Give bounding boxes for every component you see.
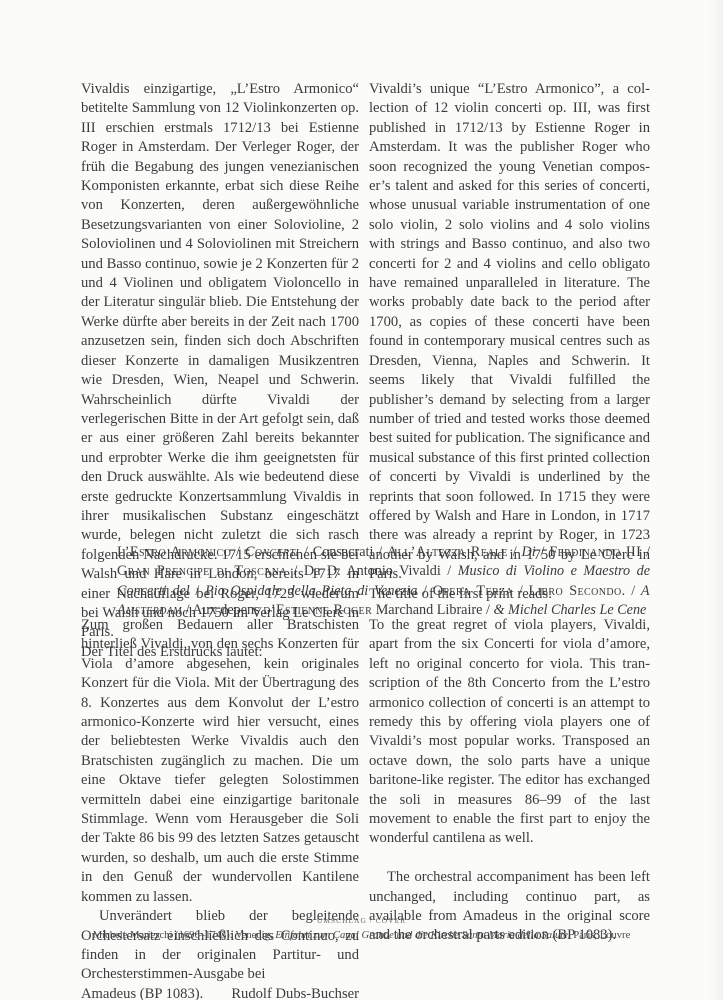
- title-segment: L’Estro Armonico: [117, 544, 231, 560]
- title-segment: /: [231, 544, 245, 560]
- cover-caption-prefix: Michele Marieschi (1696–1743): Venedig,: [93, 930, 276, 941]
- german-viola-column: Zum großen Bedauern aller Bratschisten h…: [81, 616, 359, 1000]
- german-viola-paragraph-1: Zum großen Bedauern aller Bratschisten h…: [81, 616, 359, 907]
- page-edge-shadow: [709, 0, 723, 1000]
- paragraph-gap: [369, 849, 650, 868]
- title-segment: Pio Ospidale della Pieta di Venezia: [205, 583, 417, 599]
- german-signature-line: Amadeus (BP 1083). Rudolf Dubs-Buchser: [81, 985, 359, 1000]
- cover-caption: Michele Marieschi (1696–1743): Venedig, …: [0, 930, 723, 941]
- cover-caption-label: Umschlag / Cover: [0, 916, 723, 925]
- title-segment: /: [417, 583, 432, 599]
- english-intro-column: Vivaldi’s unique “L’Estro Armonico”, a c…: [369, 80, 650, 604]
- title-segment: /: [626, 583, 641, 599]
- english-viola-column: To the great regret of viola players, Vi…: [369, 616, 650, 946]
- title-segment: Concerti: [245, 544, 299, 560]
- cover-caption-title: Einfahrt zum Canal Grande und die Kirche…: [275, 930, 570, 941]
- title-segment: /: [536, 544, 550, 560]
- english-viola-paragraph-1: To the great regret of viola players, Vi…: [369, 616, 650, 849]
- cover-caption-suffix: Paris, Louvre: [571, 930, 631, 941]
- title-segment: /: [190, 583, 205, 599]
- title-segment: Opera Terza: [433, 583, 513, 599]
- title-segment: Libro Secondo.: [529, 583, 626, 599]
- title-segment: Ferdinando III: [549, 544, 641, 560]
- title-segment: / Consacrati /: [299, 544, 387, 560]
- title-segment: /: [513, 583, 528, 599]
- title-segment: Gran Prencipe di Toscana: [117, 563, 287, 579]
- title-segment: All’Altezza Reale: [387, 544, 508, 560]
- title-segment: / Da D. Antonio Vivaldi /: [287, 563, 458, 579]
- first-print-title: L’Estro Armonico / Concerti / Consacrati…: [117, 543, 650, 621]
- title-segment: /: [508, 544, 522, 560]
- title-segment: Di: [522, 544, 536, 560]
- english-intro-paragraph: Vivaldi’s unique “L’Estro Armonico”, a c…: [369, 80, 650, 585]
- author-signature: Rudolf Dubs-Buchser: [231, 985, 359, 1000]
- german-last-line: Amadeus (BP 1083).: [81, 985, 203, 1000]
- title-segment: /: [641, 544, 650, 560]
